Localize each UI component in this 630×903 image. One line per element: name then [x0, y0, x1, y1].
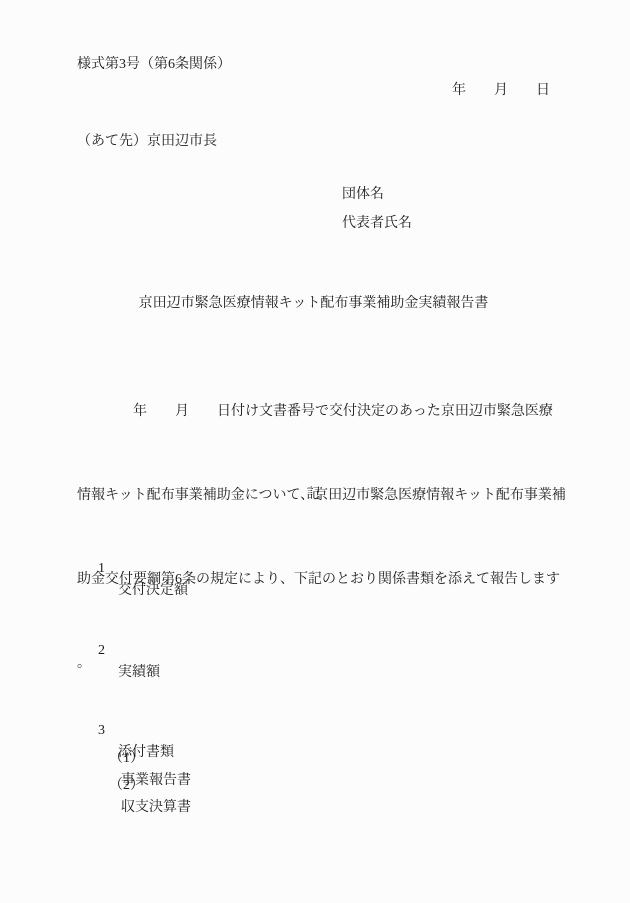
document-title: 京田辺市緊急医療情報キット配布事業補助金実績報告書: [77, 293, 550, 315]
form-number: 様式第3号（第6条関係）: [77, 54, 231, 76]
body-line-1: 年 月 日付け文書番号で交付決定のあった京田辺市緊急医療: [77, 398, 563, 426]
document-page: 様式第3号（第6条関係） 年 月 日 （あて先）京田辺市長 団体名 代表者氏名 …: [0, 0, 630, 903]
attachment-item-financial-statement: （2） 収支決算書: [95, 753, 191, 841]
attachment-label: 収支決算書: [121, 800, 191, 815]
item-number: 1: [98, 561, 105, 576]
attachment-number: （2）: [109, 778, 144, 793]
organization-name-label: 団体名: [342, 184, 384, 206]
list-item-grant-decision-amount: 1 交付決定額: [84, 536, 188, 624]
item-label: 実績額: [118, 665, 160, 680]
item-number: 2: [98, 643, 105, 658]
date-line: 年 月 日: [452, 80, 550, 102]
item-label: 交付決定額: [118, 583, 188, 598]
addressee-line: （あて先）京田辺市長: [77, 131, 217, 153]
representative-name-label: 代表者氏名: [342, 213, 412, 235]
list-item-actual-amount: 2 実績額: [84, 618, 160, 706]
record-marker: 記: [77, 484, 550, 506]
